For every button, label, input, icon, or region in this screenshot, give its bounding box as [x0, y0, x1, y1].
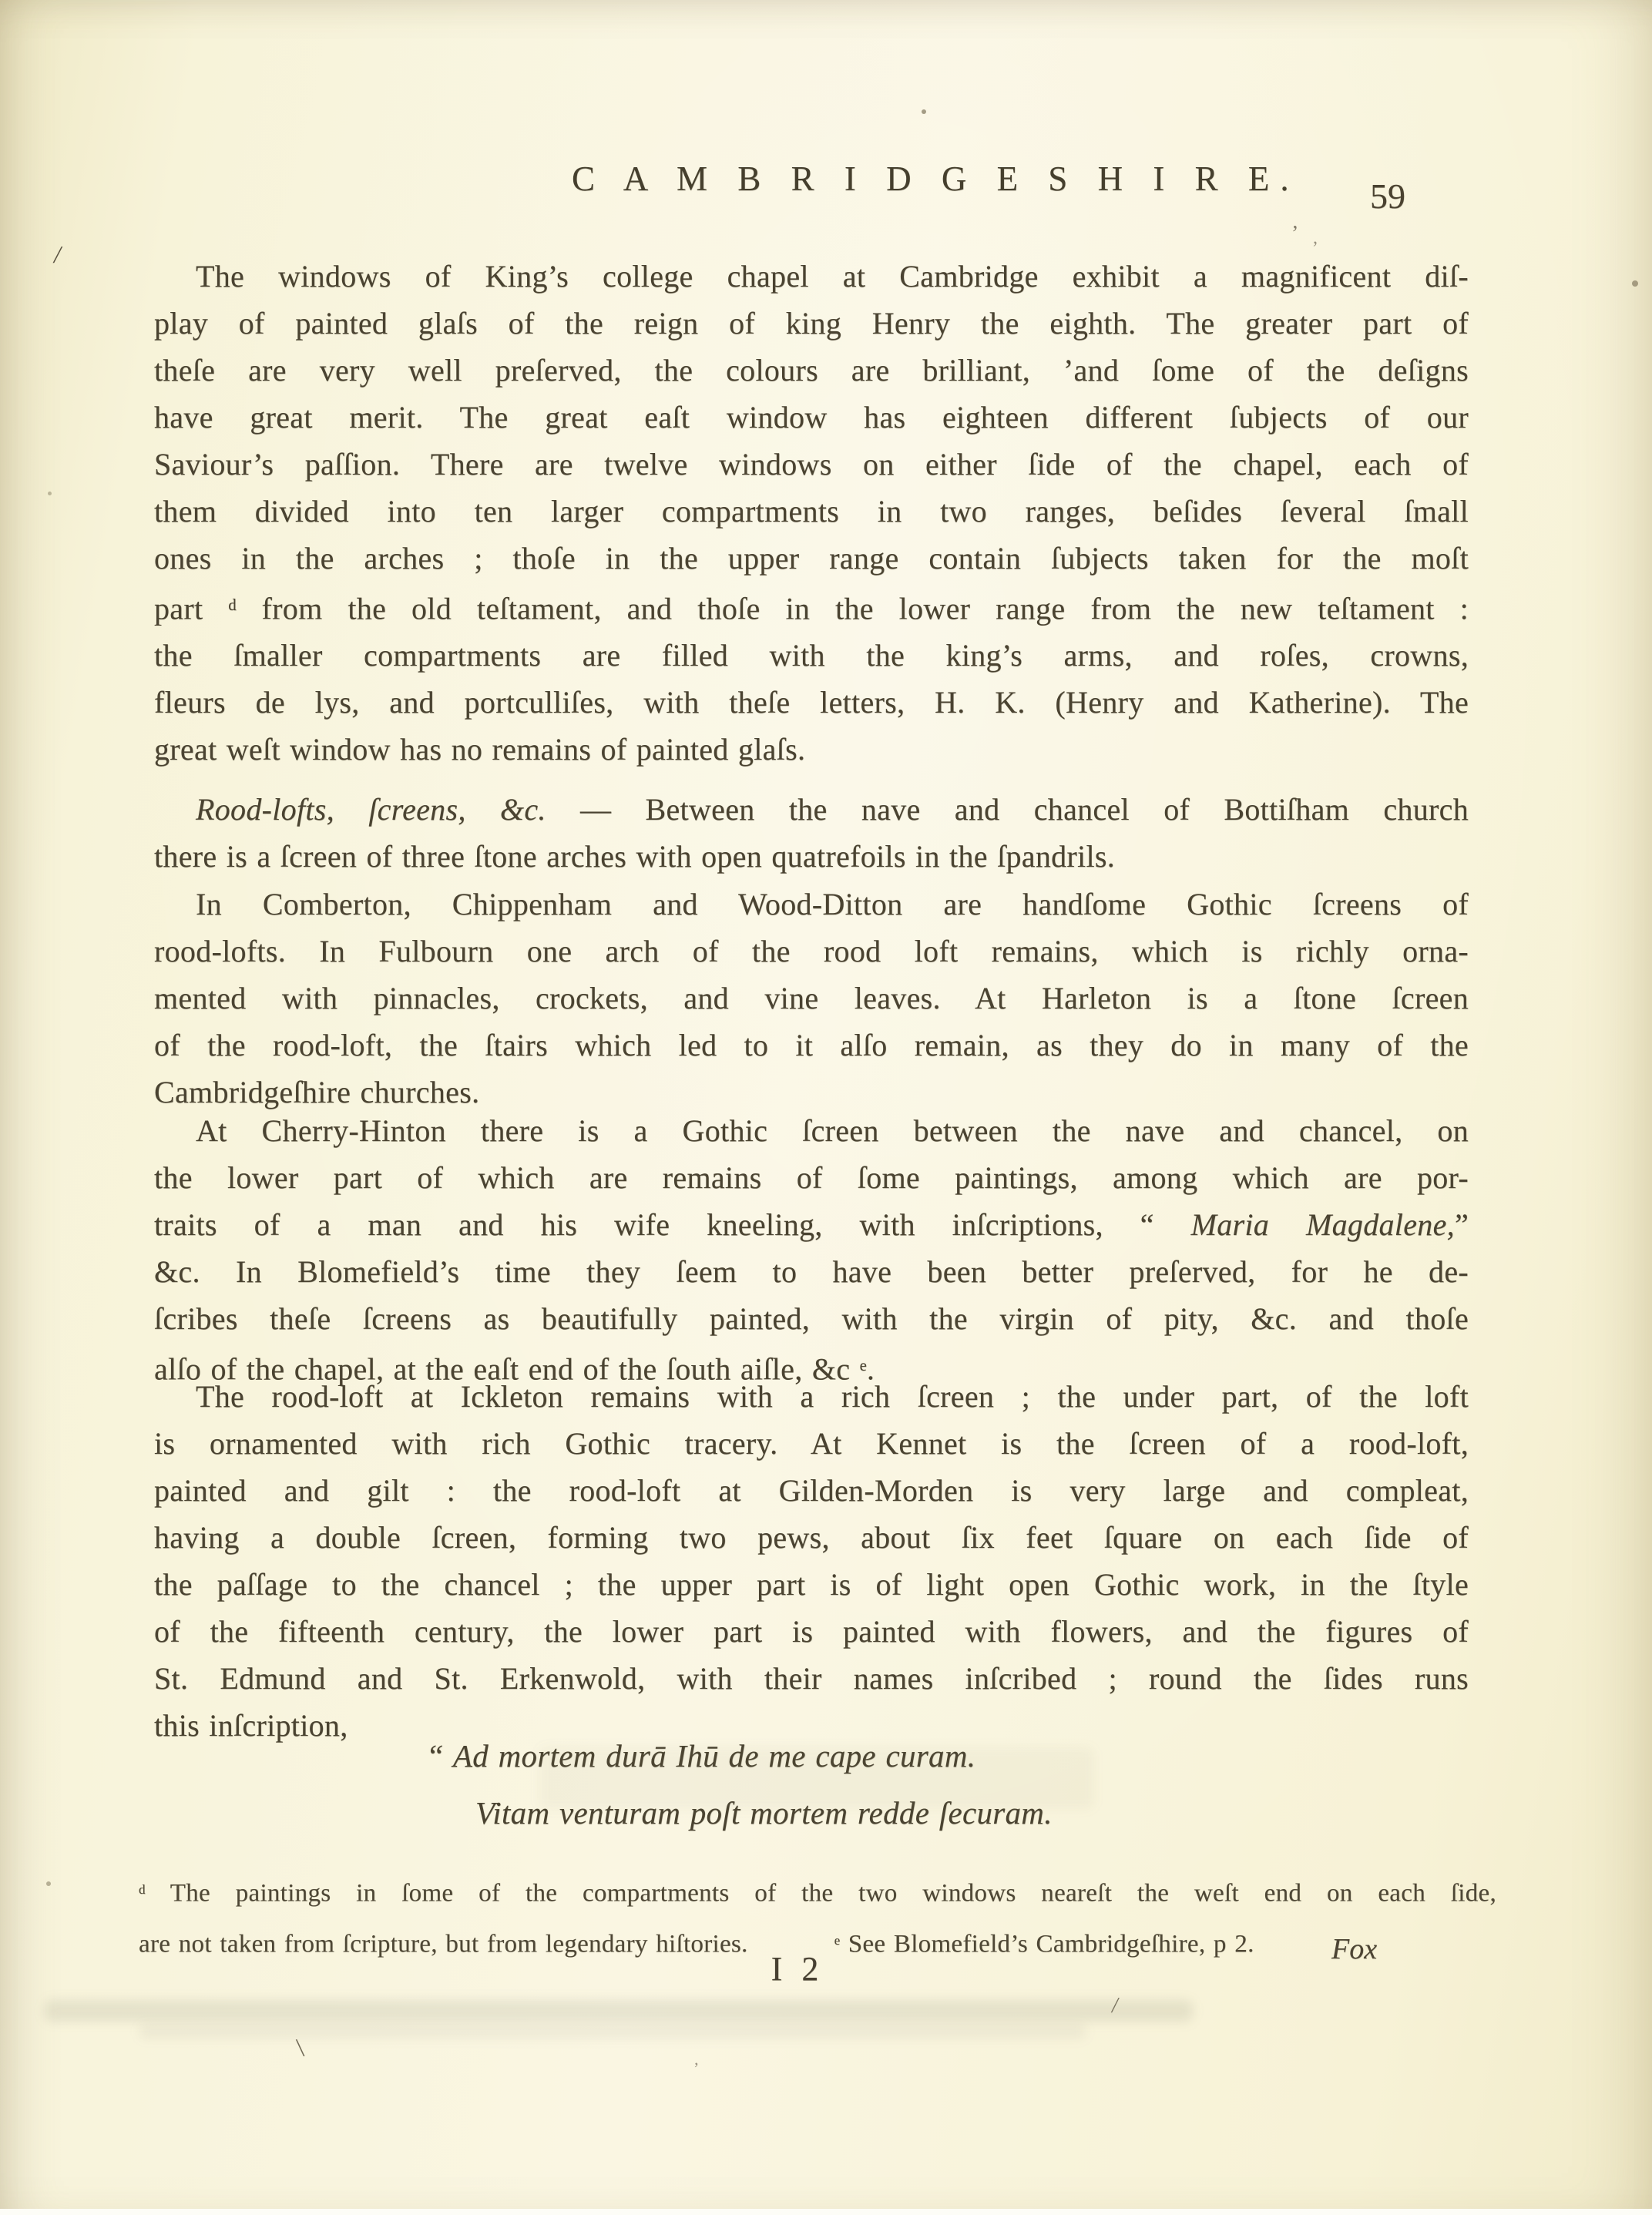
body-paragraph-comberton: In Comberton, Chippenham and Wood-Ditton…	[154, 881, 1469, 1116]
show-through-band	[45, 2000, 1193, 2022]
text-line: The rood-loft at Ickleton remains with a…	[154, 1373, 1469, 1420]
text-line: Saviour’s paſſion. There are twelve wind…	[154, 441, 1469, 488]
show-through-band	[139, 2025, 1086, 2039]
body-paragraph-roodlofts: Rood-lofts, ſcreens, &c. — Between the n…	[154, 786, 1469, 880]
text-line: fleurs de lys, and portculliſes, with th…	[154, 679, 1469, 726]
text-line: of the rood-loft, the ſtairs which led t…	[154, 1022, 1469, 1069]
signature-mark: I 2	[732, 1949, 863, 1988]
text-line: ſcribes theſe ſcreens as beautifully pai…	[154, 1295, 1469, 1342]
text-line: traits of a man and his wife kneeling, w…	[154, 1201, 1469, 1248]
text-line: At Cherry-Hinton there is a Gothic ſcree…	[154, 1107, 1469, 1154]
body-paragraph-windows: The windows of King’s college chapel at …	[154, 253, 1469, 773]
text-line: rood-lofts. In Fulbourn one arch of the …	[154, 928, 1469, 975]
ink-speck	[48, 492, 52, 495]
stray-apostrophe-mark: ’	[1291, 222, 1298, 247]
stray-apostrophe-bottom: ’	[693, 2059, 699, 2079]
text-line: there is a ſcreen of three ſtone arches …	[154, 833, 1469, 880]
ink-speck	[1632, 280, 1638, 287]
text-line: d The paintings in ſome of the compartme…	[139, 1866, 1496, 1917]
text-line: In Comberton, Chippenham and Wood-Ditton…	[154, 881, 1469, 928]
text-line: The windows of King’s college chapel at …	[154, 253, 1469, 300]
text-line: St. Edmund and St. Erkenwold, with their…	[154, 1655, 1469, 1702]
body-paragraph-ickleton: The rood-loft at Ickleton remains with a…	[154, 1373, 1469, 1749]
text-line: painted and gilt : the rood-loft at Gild…	[154, 1467, 1469, 1514]
text-line: play of painted glaſs of the reign of ki…	[154, 300, 1469, 347]
text-line: the ſmaller compartments are filled with…	[154, 632, 1469, 679]
text-line: is ornamented with rich Gothic tracery. …	[154, 1420, 1469, 1467]
page-number: 59	[1370, 176, 1405, 216]
text-line: theſe are very well preſerved, the colou…	[154, 347, 1469, 394]
text-line: have great merit. The great eaſt window …	[154, 394, 1469, 441]
text-line: part d from the old teſtament, and thoſe…	[154, 582, 1469, 632]
ink-speck	[922, 109, 926, 114]
book-page: C A M B R I D G E S H I R E. 59 The wind…	[0, 0, 1652, 2215]
running-head: C A M B R I D G E S H I R E.	[572, 159, 1300, 199]
text-line: ones in the arches ; thoſe in the upper …	[154, 535, 1469, 582]
text-line: Rood-lofts, ſcreens, &c. — Between the n…	[154, 786, 1469, 833]
body-paragraph-cherryhinton: At Cherry-Hinton there is a Gothic ſcree…	[154, 1107, 1469, 1392]
stray-comma-mark: ,	[1313, 228, 1318, 249]
show-through-band	[539, 1747, 1094, 1809]
text-line: having a double ſcreen, forming two pews…	[154, 1514, 1469, 1561]
catchword: Fox	[1331, 1932, 1377, 1966]
text-line: them divided into ten larger compartment…	[154, 488, 1469, 535]
ink-speck	[46, 1881, 51, 1886]
text-line: of the fifteenth century, the lower part…	[154, 1608, 1469, 1655]
text-line: the paſſage to the chancel ; the upper p…	[154, 1561, 1469, 1608]
text-line: the lower part of which are remains of ſ…	[154, 1154, 1469, 1201]
scan-edge-strip	[0, 2209, 1652, 2215]
text-line: mented with pinnacles, crockets, and vin…	[154, 975, 1469, 1022]
stray-slash-mark: /	[54, 240, 61, 269]
text-line: great weſt window has no remains of pain…	[154, 726, 1469, 773]
text-line: &c. In Blomefield’s time they ſeem to ha…	[154, 1248, 1469, 1295]
